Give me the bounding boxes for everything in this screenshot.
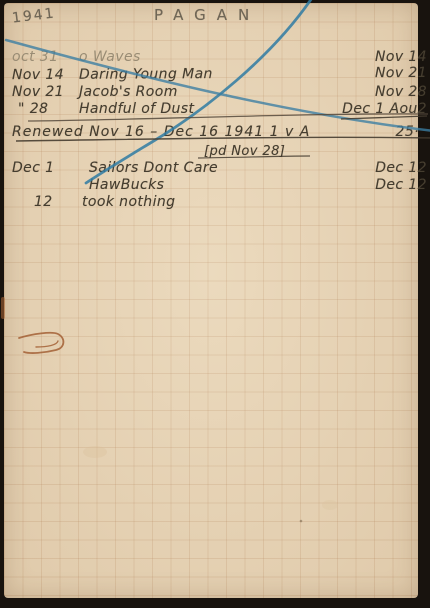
loan-date-out: Nov 14: [12, 67, 64, 83]
loan-title: took nothing: [82, 194, 175, 210]
paid-note: [pd Nov 28]: [204, 144, 285, 159]
renewal-fee: 25·: [396, 124, 419, 140]
loan-row: " 28 Handful of Dust Dec 1 Aou2: [4, 101, 430, 119]
loan-date-returned: Nov 21: [375, 65, 427, 81]
loan-date-out: " 28: [18, 101, 48, 117]
renewal-row: Renewed Nov 16 – Dec 16 1941 1 v A 25·: [4, 124, 430, 142]
cardholder-name: PAGAN: [154, 6, 260, 24]
loan-date-returned: Dec 1 Aou2: [342, 101, 427, 117]
loan-row: HawBucks Dec 12: [4, 177, 430, 195]
loan-title: Sailors Dont Care: [89, 160, 218, 176]
loan-row: Dec 1 Sailors Dont Care Dec 12: [4, 160, 430, 178]
loan-date-returned: Nov 28: [375, 84, 427, 100]
renewal-note: Renewed Nov 16 – Dec 16 1941 1 v A: [12, 124, 310, 140]
loan-row: Nov 14 Daring Young Man Nov 21: [4, 65, 430, 85]
loan-title: HawBucks: [89, 177, 164, 193]
loan-date-out: Dec 1: [12, 160, 54, 176]
loan-row: Nov 21 Jacob's Room Nov 28: [4, 84, 430, 102]
loan-title: Daring Young Man: [79, 66, 213, 83]
year-annotation: 1941: [11, 5, 56, 26]
loan-title: o Waves: [79, 49, 141, 65]
scanned-library-card: 1941 PAGAN oct 31 o Waves Nov 14 Nov 14 …: [0, 0, 430, 608]
loan-date-returned: Dec 12: [375, 160, 427, 176]
loan-title: Handful of Dust: [79, 101, 194, 117]
loan-date-returned: Dec 12: [375, 177, 427, 193]
loan-row: 12 took nothing: [4, 194, 430, 212]
loan-date-out: Nov 21: [12, 84, 64, 100]
loan-title: Jacob's Room: [79, 84, 178, 100]
loan-date-out: oct 31: [12, 49, 58, 65]
index-card-paper: 1941 PAGAN oct 31 o Waves Nov 14 Nov 14 …: [4, 3, 418, 598]
loan-date-returned: Nov 14: [375, 49, 427, 65]
loan-date-out: 12: [34, 194, 53, 210]
